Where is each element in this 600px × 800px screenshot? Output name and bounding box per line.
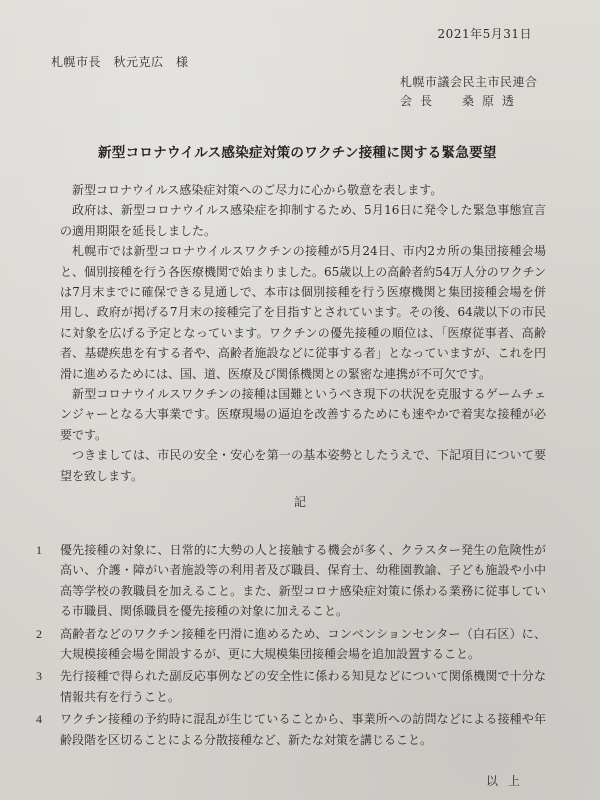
item-text: 先行接種で得られた副反応事例などの安全性に係わる知見などについて関係機関で十分な…	[60, 666, 546, 707]
body-paragraph: 政府は、新型コロナウイルス感染症を抑制するため、5月16日に発令した緊急事態宣言…	[60, 200, 546, 241]
ki-heading: 記	[294, 493, 306, 510]
sender-organization: 札幌市議会民主市民連合	[400, 73, 538, 90]
item-number: 1	[36, 540, 60, 622]
document-body: 新型コロナウイルス感染症対策へのご尽力に心から敬意を表します。 政府は、新型コロ…	[60, 180, 546, 486]
request-item: 4 ワクチン接種の予約時に混乱が生じていることから、事業所への訪問などによる接種…	[36, 709, 546, 750]
item-text: ワクチン接種の予約時に混乱が生じていることから、事業所への訪問などによる接種や年…	[60, 709, 546, 750]
sender-role: 会長	[400, 94, 440, 108]
body-paragraph: 新型コロナウイルスワクチンの接種は国難というべき現下の状況を克服するゲームチェン…	[60, 384, 546, 445]
request-items-list: 1 優先接種の対象に、日常的に大勢の人と接触する機会が多く、クラスター発生の危険…	[36, 540, 546, 752]
sender-signature: 会長桑原透	[400, 92, 522, 109]
document-date: 2021年5月31日	[438, 25, 532, 42]
request-item: 1 優先接種の対象に、日常的に大勢の人と接触する機会が多く、クラスター発生の危険…	[36, 540, 546, 622]
item-text: 高齢者などのワクチン接種を円滑に進めるため、コンベンションセンター（白石区）に、…	[60, 624, 546, 665]
item-number: 2	[36, 624, 60, 665]
item-number: 3	[36, 666, 60, 707]
body-paragraph: 札幌市では新型コロナウイルスワクチンの接種が5月24日、市内2カ所の集団接種会場…	[60, 241, 546, 384]
body-paragraph: つきましては、市民の安全・安心を第一の基本姿勢としたうえで、下記項目について要望…	[60, 445, 546, 486]
document-title: 新型コロナウイルス感染症対策のワクチン接種に関する緊急要望	[98, 141, 497, 161]
item-text: 優先接種の対象に、日常的に大勢の人と接触する機会が多く、クラスター発生の危険性が…	[60, 540, 546, 622]
sender-name: 桑原透	[462, 94, 522, 108]
addressee: 札幌市長 秋元克広 様	[51, 53, 189, 70]
body-paragraph: 新型コロナウイルス感染症対策へのご尽力に心から敬意を表します。	[60, 180, 546, 200]
closing-mark: 以上	[486, 772, 530, 789]
request-item: 2 高齢者などのワクチン接種を円滑に進めるため、コンベンションセンター（白石区）…	[36, 624, 546, 665]
request-item: 3 先行接種で得られた副反応事例などの安全性に係わる知見などについて関係機関で十…	[36, 666, 546, 707]
item-number: 4	[36, 709, 60, 750]
